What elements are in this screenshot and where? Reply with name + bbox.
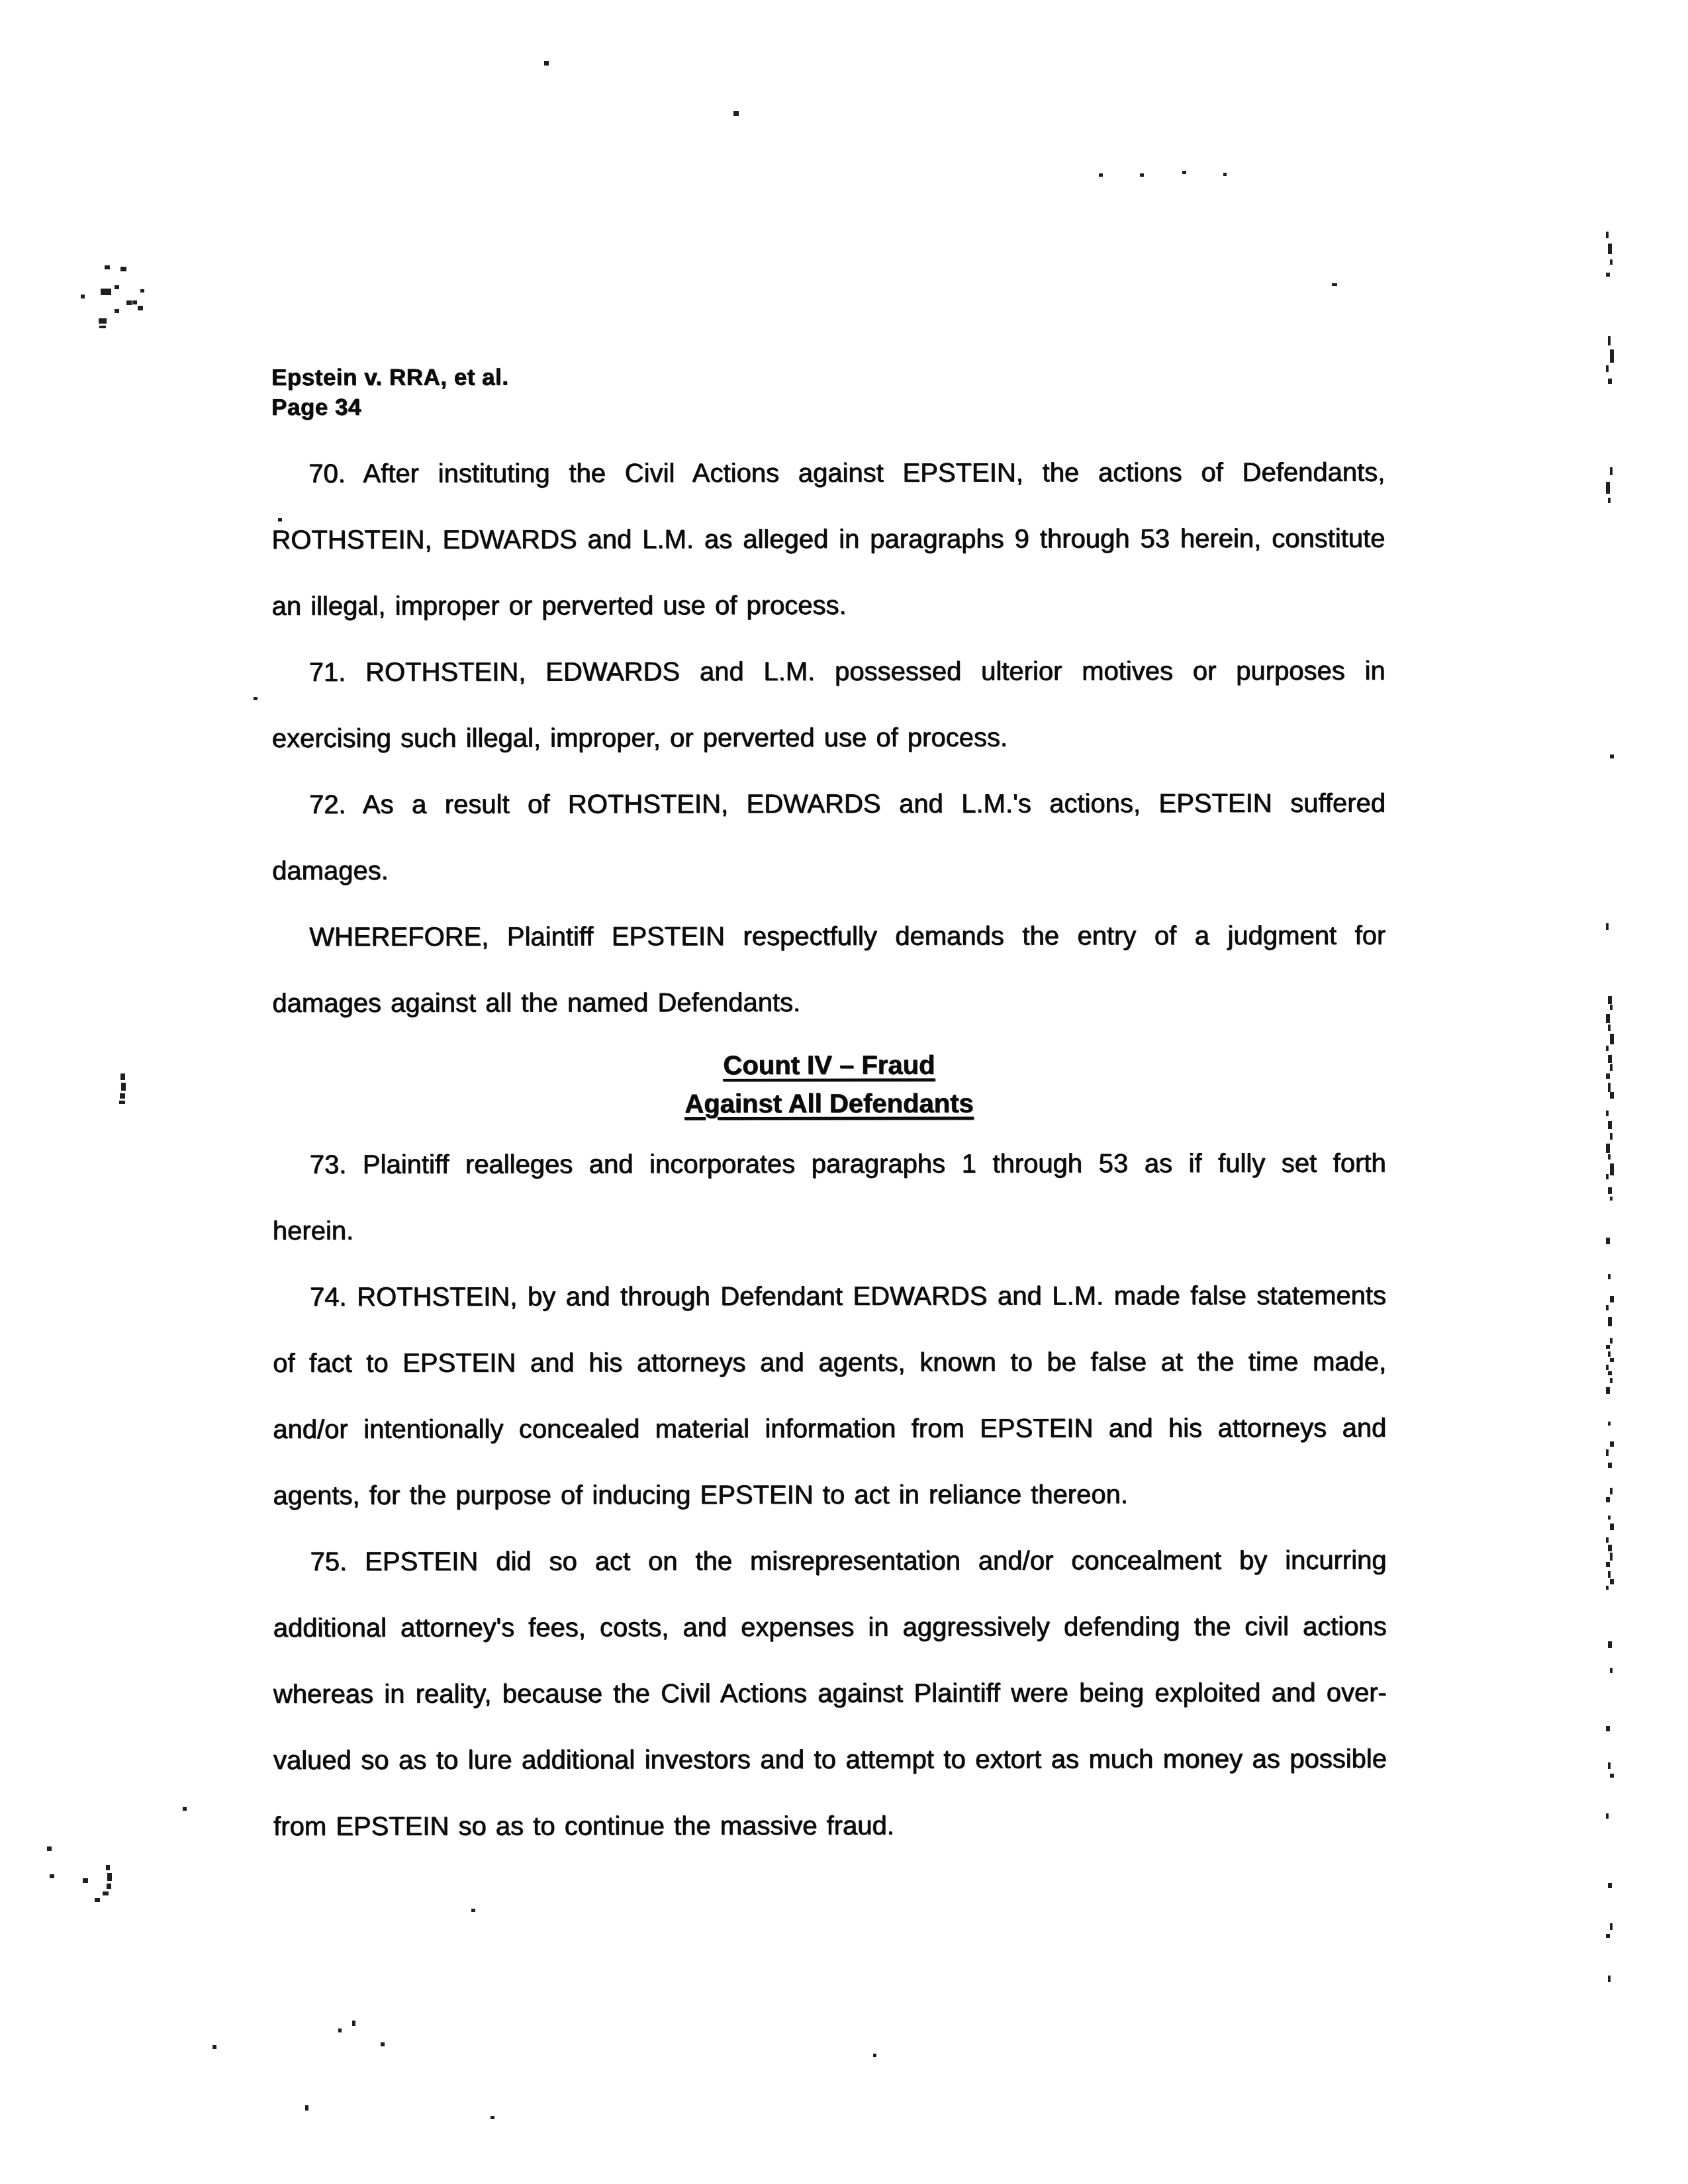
paragraph-73: 73. Plaintiff realleges and incorporates… xyxy=(273,1130,1386,1264)
paragraph-74: 74. ROTHSTEIN, by and through Defendant … xyxy=(273,1263,1387,1529)
scanned-legal-document-page: Epstein v. RRA, et al. Page 34 70. After… xyxy=(0,0,1688,2184)
count-iv-heading-line2: Against All Defendants xyxy=(273,1084,1386,1124)
document-header: Epstein v. RRA, et al. Page 34 xyxy=(271,361,1385,422)
document-text-block: Epstein v. RRA, et al. Page 34 70. After… xyxy=(271,361,1387,1860)
case-caption: Epstein v. RRA, et al. xyxy=(271,361,1385,392)
paragraph-75: 75. EPSTEIN did so act on the misreprese… xyxy=(273,1527,1387,1860)
paragraph-70: 70. After instituting the Civil Actions … xyxy=(271,439,1385,639)
count-iv-heading: Count IV – Fraud Against All Defendants xyxy=(272,1035,1385,1132)
page-number: Page 34 xyxy=(271,391,1385,422)
wherefore-clause: WHEREFORE, Plaintiff EPSTEIN respectfull… xyxy=(272,903,1385,1036)
count-iv-heading-line1: Count IV – Fraud xyxy=(272,1046,1385,1085)
paragraph-71: 71. ROTHSTEIN, EDWARDS and L.M. possesse… xyxy=(272,638,1385,772)
paragraph-72: 72. As a result of ROTHSTEIN, EDWARDS an… xyxy=(272,770,1385,904)
